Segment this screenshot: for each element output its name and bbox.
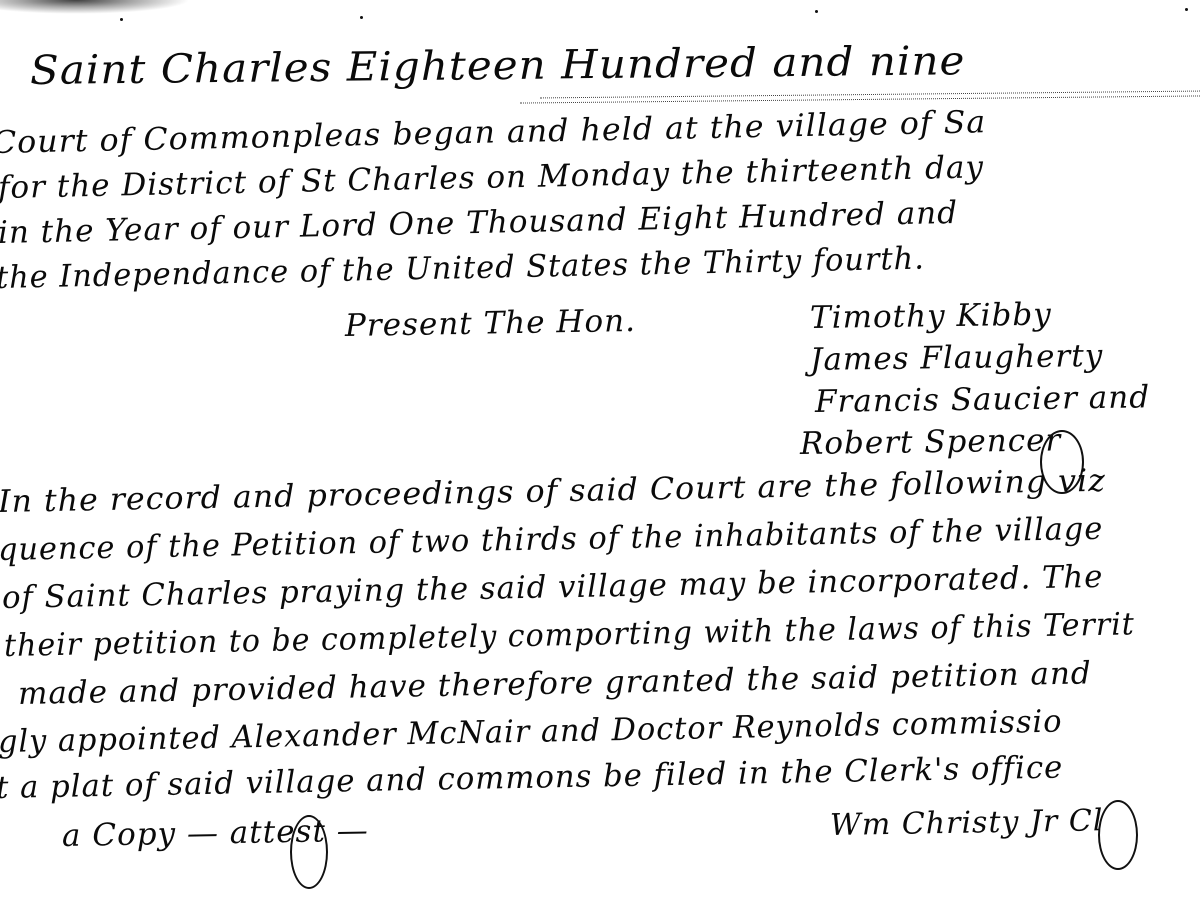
clerk-signature: Wm Christy Jr Cl <box>830 803 1104 843</box>
document-page: Saint Charles Eighteen Hundred and nine … <box>0 0 1200 900</box>
attest-flourish <box>290 815 328 889</box>
justice-name: Timothy Kibby <box>810 297 1052 336</box>
proceedings-line: In the record and proceedings of said Co… <box>0 463 1106 520</box>
scan-speck <box>1185 8 1188 11</box>
proceedings-line: gly appointed Alexander McNair and Docto… <box>0 704 1063 760</box>
proceedings-line: quence of the Petition of two thirds of … <box>0 511 1104 568</box>
proceedings-line: of Saint Charles praying the said villag… <box>2 559 1104 616</box>
justice-name: James Flaugherty <box>810 338 1104 378</box>
scan-smudge <box>0 0 190 14</box>
present-label: Present The Hon. <box>345 303 637 344</box>
proceedings-line: made and provided have therefore granted… <box>18 655 1092 712</box>
scan-speck <box>360 16 363 19</box>
opening-line: the Independance of the United States th… <box>0 241 925 296</box>
proceedings-line: t a plat of said village and commons be … <box>0 750 1064 806</box>
scan-speck <box>815 10 818 13</box>
justice-name: Francis Saucier and <box>815 379 1151 420</box>
signature-flourish <box>1098 800 1138 870</box>
scan-speck <box>120 18 123 21</box>
document-heading: Saint Charles Eighteen Hundred and nine <box>30 38 966 94</box>
justice-name: Robert Spencer <box>800 422 1062 462</box>
proceedings-line: their petition to be completely comporti… <box>4 606 1135 664</box>
